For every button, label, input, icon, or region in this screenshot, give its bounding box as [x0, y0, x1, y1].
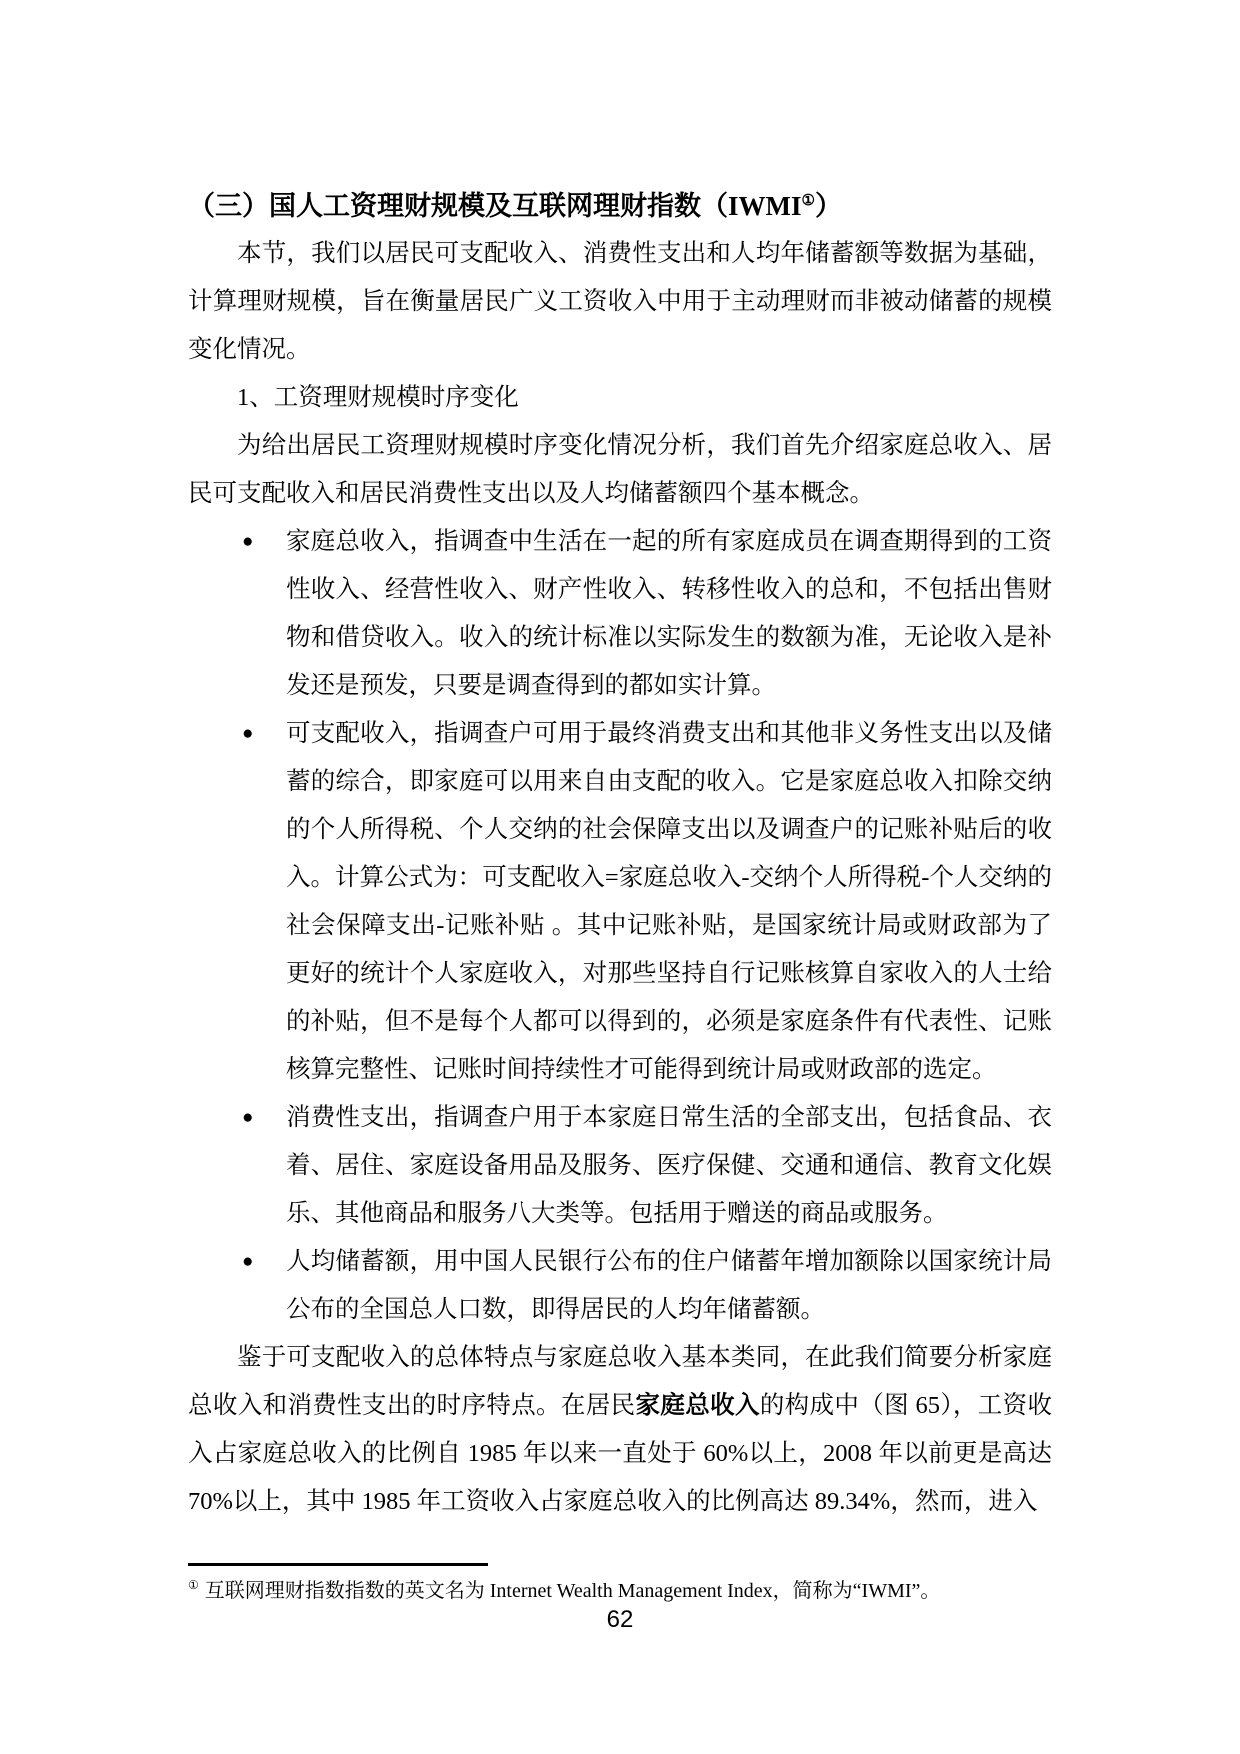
list-item: ●消费性支出，指调查户用于本家庭日常生活的全部支出，包括食品、衣着、居住、家庭设… [286, 1094, 1052, 1238]
section-heading-text: （三）国人工资理财规模及互联网理财指数（IWMI [188, 191, 802, 221]
footnote-separator [188, 1563, 488, 1566]
section-heading: （三）国人工资理财规模及互联网理财指数（IWMI①） [188, 182, 1052, 230]
document-page: （三）国人工资理财规模及互联网理财指数（IWMI①） 本节，我们以居民可支配收入… [0, 0, 1240, 1754]
footnote-text: 互联网理财指数指数的英文名为 Internet Wealth Managemen… [205, 1580, 941, 1602]
intro-paragraph: 本节，我们以居民可支配收入、消费性支出和人均年储蓄额等数据为基础，计算理财规模，… [188, 230, 1052, 374]
closing-bold-term: 家庭总收入 [636, 1392, 760, 1419]
definitions-list: ●家庭总收入，指调查中生活在一起的所有家庭成员在调查期得到的工资性收入、经营性收… [188, 518, 1052, 1334]
subsection-heading: 1、工资理财规模时序变化 [188, 374, 1052, 422]
section-heading-close: ） [815, 191, 842, 221]
footnote: ①互联网理财指数指数的英文名为 Internet Wealth Manageme… [188, 1576, 1052, 1606]
list-item-text: 人均储蓄额，用中国人民银行公布的住户储蓄年增加额除以国家统计局公布的全国总人口数… [286, 1248, 1052, 1323]
list-item: ●家庭总收入，指调查中生活在一起的所有家庭成员在调查期得到的工资性收入、经营性收… [286, 518, 1052, 710]
page-number: 62 [188, 1606, 1052, 1634]
lead-paragraph: 为给出居民工资理财规模时序变化情况分析，我们首先介绍家庭总收入、居民可支配收入和… [188, 422, 1052, 518]
list-item: ●可支配收入，指调查户可用于最终消费支出和其他非义务性支出以及储蓄的综合，即家庭… [286, 710, 1052, 1094]
bullet-icon: ● [242, 1238, 253, 1286]
page-body: （三）国人工资理财规模及互联网理财指数（IWMI①） 本节，我们以居民可支配收入… [188, 182, 1052, 1526]
bullet-icon: ● [242, 518, 253, 566]
list-item-text: 可支配收入，指调查户可用于最终消费支出和其他非义务性支出以及储蓄的综合，即家庭可… [286, 720, 1052, 1083]
list-item-text: 消费性支出，指调查户用于本家庭日常生活的全部支出，包括食品、衣着、居住、家庭设备… [286, 1104, 1052, 1227]
bullet-icon: ● [242, 710, 253, 758]
footnote-marker: ① [188, 1578, 199, 1592]
footnote-area: ①互联网理财指数指数的英文名为 Internet Wealth Manageme… [188, 1563, 1052, 1606]
list-item: ●人均储蓄额，用中国人民银行公布的住户储蓄年增加额除以国家统计局公布的全国总人口… [286, 1238, 1052, 1334]
closing-paragraph: 鉴于可支配收入的总体特点与家庭总收入基本类同，在此我们简要分析家庭总收入和消费性… [188, 1334, 1052, 1526]
bullet-icon: ● [242, 1094, 253, 1142]
list-item-text: 家庭总收入，指调查中生活在一起的所有家庭成员在调查期得到的工资性收入、经营性收入… [286, 528, 1052, 699]
footnote-ref-superscript: ① [802, 193, 815, 209]
